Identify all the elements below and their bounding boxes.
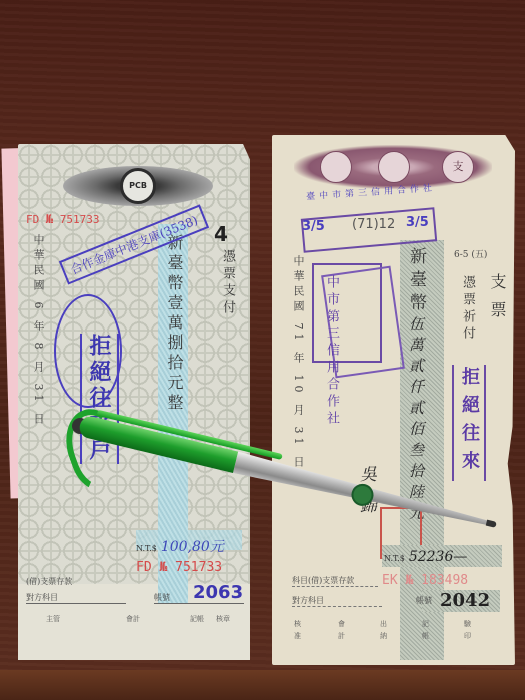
left-cheque: PCB FD № 751733 4 中華民國 6 年 8 月 31 日 新臺幣壹… <box>18 144 250 660</box>
date-column: 中華民國 71 年 10 月 31 日 <box>290 255 306 471</box>
account-type-label: (借)支票存款 <box>26 576 72 587</box>
serial-number: EK № 183498 <box>382 573 468 588</box>
emblem-seal-left-icon <box>320 151 352 183</box>
signature-verify: 核章 <box>216 614 230 624</box>
sig-approve-bottom: 准 <box>294 631 301 641</box>
sig-verify-bottom: 印 <box>464 631 471 641</box>
exchange-code: 6-5 (五) <box>454 247 487 260</box>
account-no-label: 帳號 <box>416 595 432 606</box>
sig-verify-top: 驗 <box>464 619 471 629</box>
counter-account-label: 對方科目 <box>292 595 382 607</box>
cheque-label: 支票 <box>486 273 509 329</box>
signature-accounting: 會計 <box>126 614 140 624</box>
counter-account-label: 對方科目 <box>26 592 126 604</box>
sig-record-top: 記 <box>422 619 429 629</box>
emblem-seal-center-icon <box>378 151 410 183</box>
sig-record-bottom: 帳 <box>422 631 429 641</box>
sig-account-bottom: 計 <box>338 631 345 641</box>
table-edge <box>0 670 525 700</box>
signature-bookkeeping: 記帳 <box>190 614 204 624</box>
reject-stamp: 拒絕往來 <box>452 365 486 481</box>
pay-instruction: 憑票祈付 <box>458 275 477 343</box>
pen-tip <box>486 520 497 528</box>
emblem-seal-right: 支 <box>442 151 474 183</box>
sig-approve-top: 核 <box>294 619 301 629</box>
left-cheque-emblem: PCB <box>63 166 213 206</box>
sig-cashier-top: 出 <box>380 619 387 629</box>
nt-amount: N.T.$52236— <box>384 549 467 565</box>
clearing-date: (71)12 <box>352 217 395 232</box>
amount-words: 新臺幣伍萬貳仟貳佰叁拾陸元 <box>404 247 429 526</box>
account-type-label: 科目(借)支票存款 <box>292 575 378 587</box>
stamp-fraction-right: 3/5 <box>406 215 429 230</box>
cheque-badge-number: 4 <box>214 222 228 246</box>
date-column: 中華民國 6 年 8 月 31 日 <box>30 234 46 428</box>
amount-words: 新臺幣壹萬捌拾元整 <box>163 234 186 414</box>
sig-cashier-bottom: 納 <box>380 631 387 641</box>
stamp-fraction-left: 3/5 <box>302 219 325 234</box>
right-cheque: 支 臺中市第三信用合作社 3/5 (71)12 3/5 6-5 (五) 中華民國… <box>272 135 515 665</box>
serial-number-bottom: FD № 751733 <box>136 560 222 575</box>
branch-stamp: 中市第三信用合作社 <box>322 275 341 428</box>
bank-logo-icon: PCB <box>120 168 156 204</box>
account-number: 2063 <box>193 582 243 603</box>
account-number: 2042 <box>440 590 490 611</box>
serial-number-top: FD № 751733 <box>26 212 99 226</box>
signature-supervisor: 主管 <box>46 614 60 624</box>
sig-account-top: 會 <box>338 619 345 629</box>
pay-instruction: 憑票支付 <box>218 249 237 317</box>
nt-amount: N.T.$100,80元 <box>136 536 224 556</box>
